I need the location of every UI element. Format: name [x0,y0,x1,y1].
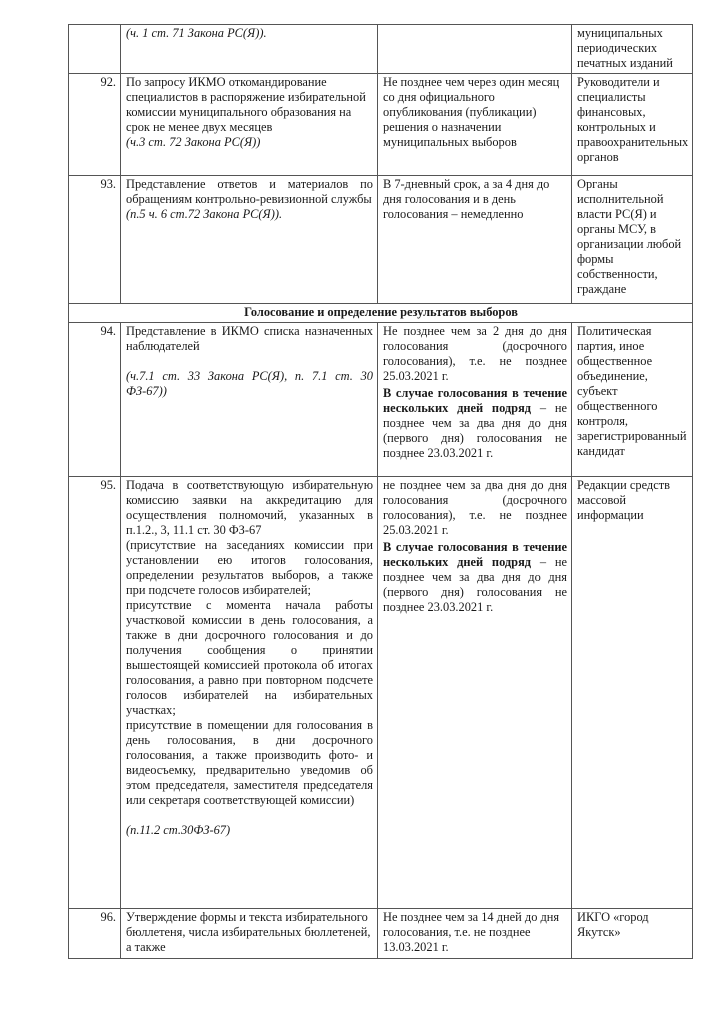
action-cell: Представление в ИКМО списка назначенных … [121,323,378,477]
table-row: 96. Утверждение формы и текста избирател… [69,909,693,959]
responsible-cell: Руководители и специалисты финансовых, к… [572,74,693,176]
section-header: Голосование и определение результатов вы… [69,304,693,323]
table-row: 95. Подача в соответствующую избирательн… [69,477,693,909]
section-row: Голосование и определение результатов вы… [69,304,693,323]
action-cell: По запросу ИКМО откомандирование специал… [121,74,378,176]
number-cell [69,25,121,74]
action-text: (присутствие на заседаниях комиссии при … [126,538,373,598]
law-reference: (ч.3 ст. 72 Закона РС(Я)) [126,135,373,150]
action-text: По запросу ИКМО откомандирование специал… [126,75,373,135]
action-text: Представление ответов и материалов по об… [126,177,373,207]
law-reference: (п.11.2 ст.30ФЗ-67) [126,823,373,838]
table-row: 94. Представление в ИКМО списка назначен… [69,323,693,477]
law-reference: (п.5 ч. 6 ст.72 Закона РС(Я)). [126,207,373,222]
law-reference: (ч.7.1 ст. 33 Закона РС(Я), п. 7.1 ст. 3… [126,369,373,399]
deadline-cell: В 7-дневный срок, а за 4 дня до дня голо… [378,176,572,304]
action-cell: Утверждение формы и текста избирательног… [121,909,378,959]
election-schedule-table: (ч. 1 ст. 71 Закона РС(Я)). муниципальны… [68,24,693,959]
row-number: 94. [69,323,121,477]
responsible-cell: ИКГО «город Якутск» [572,909,693,959]
responsible-cell: Редакции средств массовой информации [572,477,693,909]
deadline-cell: Не позднее чем за 2 дня до дня голосован… [378,323,572,477]
row-number: 96. [69,909,121,959]
responsible-cell: Органы исполнительной власти РС(Я) и орг… [572,176,693,304]
action-text: Представление в ИКМО списка назначенных … [126,324,373,354]
table-row: (ч. 1 ст. 71 Закона РС(Я)). муниципальны… [69,25,693,74]
row-number: 93. [69,176,121,304]
row-number: 95. [69,477,121,909]
deadline-cell: не позднее чем за два дня до дня голосов… [378,477,572,909]
row-number: 92. [69,74,121,176]
deadline-text: Не позднее чем за 2 дня до дня голосован… [383,324,567,384]
deadline-cell: Не позднее чем за 14 дней до дня голосов… [378,909,572,959]
action-text: присутствие с момента начала работы учас… [126,598,373,718]
action-cell: (ч. 1 ст. 71 Закона РС(Я)). [121,25,378,74]
action-text: Утверждение формы и текста избирательног… [126,910,373,956]
law-reference: (ч. 1 ст. 71 Закона РС(Я)). [126,26,267,40]
action-cell: Подача в соответствующую избирательную к… [121,477,378,909]
deadline-cell: Не позднее чем через один месяц со дня о… [378,74,572,176]
responsible-cell: муниципальных периодических печатных изд… [572,25,693,74]
deadline-cell [378,25,572,74]
action-text: присутствие в помещении для голосования … [126,718,373,808]
deadline-text: не позднее чем за два дня до дня голосов… [383,478,567,538]
responsible-cell: Политическая партия, иное общественное о… [572,323,693,477]
table-row: 93. Представление ответов и материалов п… [69,176,693,304]
action-text: Подача в соответствующую избирательную к… [126,478,373,538]
action-cell: Представление ответов и материалов по об… [121,176,378,304]
table-row: 92. По запросу ИКМО откомандирование спе… [69,74,693,176]
